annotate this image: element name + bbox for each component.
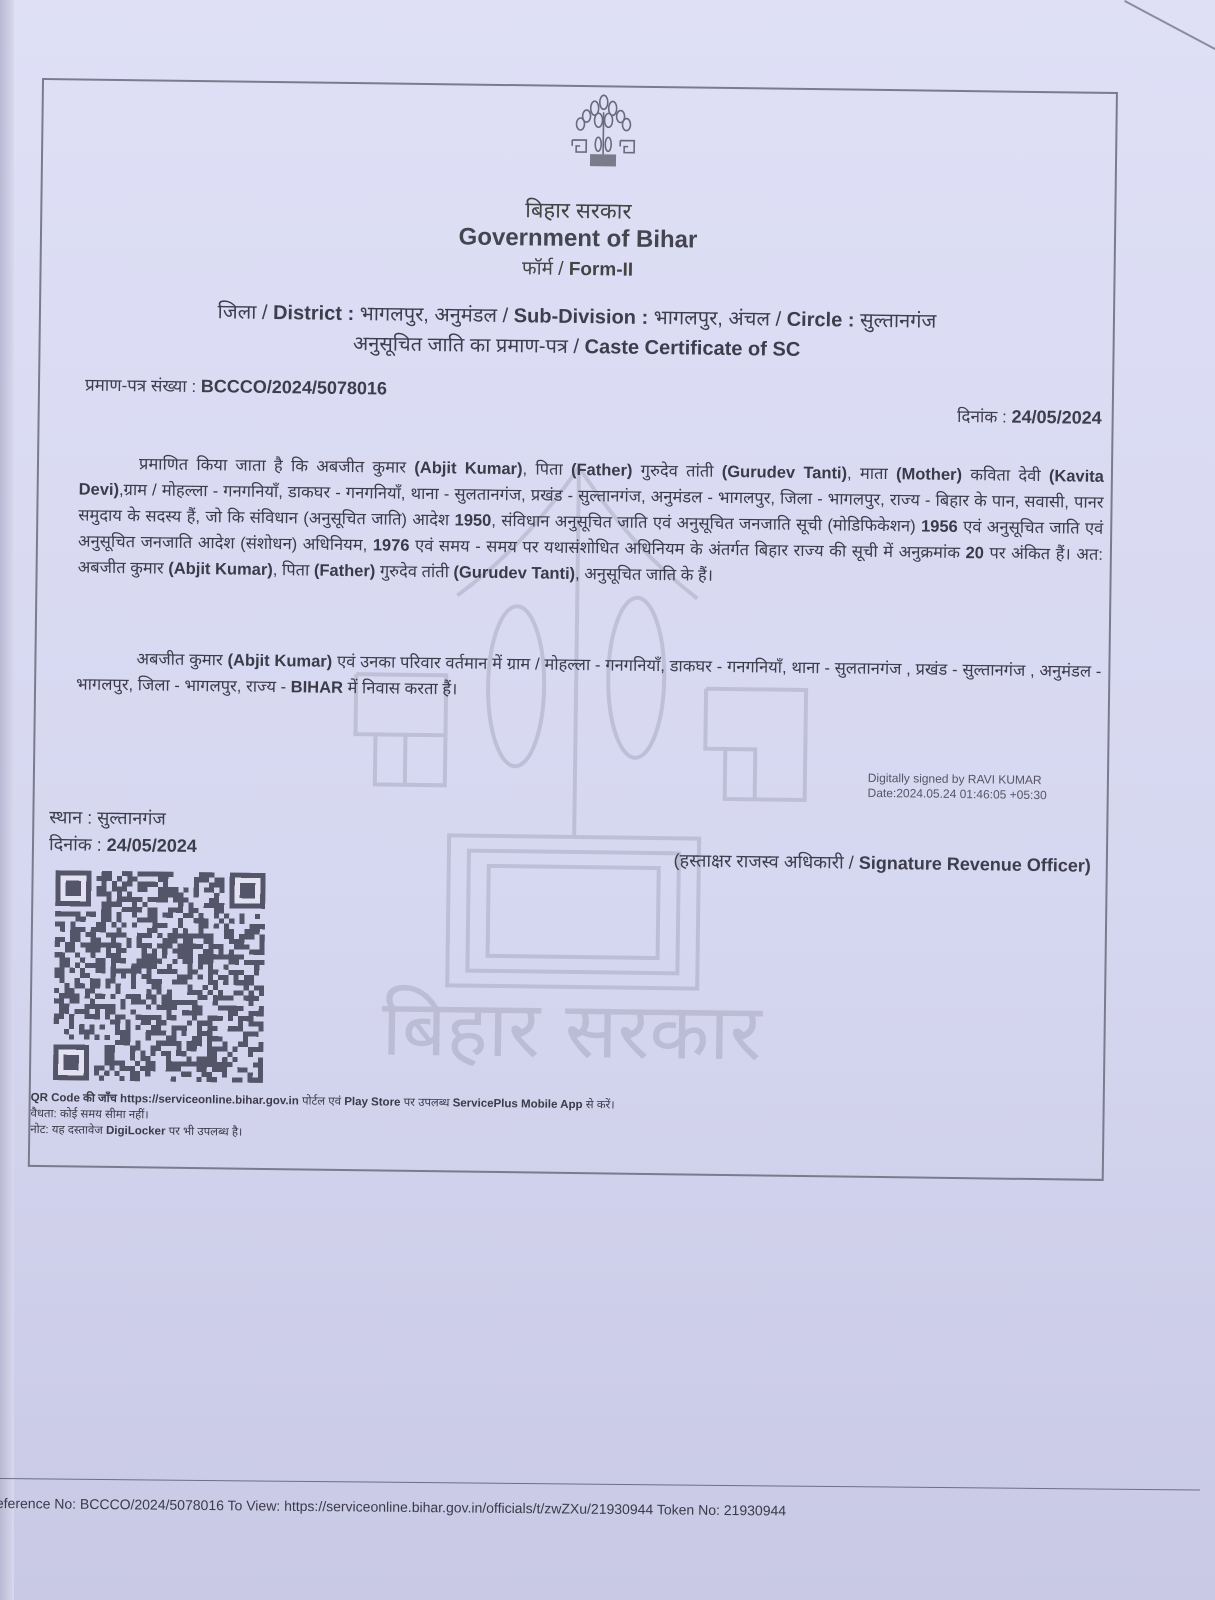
paragraph-text: (Mother) (896, 465, 962, 484)
qr-note-mid2: पर उपलब्ध (400, 1097, 452, 1110)
paragraph-text: (Father) (314, 562, 376, 581)
paragraph-text: में निवास करता हैं। (343, 679, 458, 698)
residence-paragraph: अबजीत कुमार (Abjit Kumar) एवं उनका परिवा… (76, 645, 1102, 710)
footer-reference: eference No: BCCCO/2024/5078016 To View:… (0, 1495, 786, 1519)
paragraph-text: एवं समय - समय पर यथासंशोधित अधिनियम के अ… (409, 537, 965, 562)
district-value: भागलपुर, (360, 303, 429, 326)
place-line: स्थान : सुल्तानगंज (49, 805, 166, 831)
qr-note-suffix: से करें। (582, 1099, 614, 1111)
certificate-date-label: दिनांक : (957, 407, 1007, 427)
qr-note-app: ServicePlus Mobile App (453, 1097, 583, 1111)
paragraph-text: गुरुदेव तांती (375, 562, 453, 581)
signature-label-hi: (हस्ताक्षर राजस्व अधिकारी / (674, 850, 854, 872)
certificate-date: दिनांक : 24/05/2024 (957, 404, 1102, 429)
paragraph-text: , अनुसूचित जाति के हैं। (575, 565, 713, 585)
paragraph-text: BIHAR (291, 678, 343, 697)
certificate-number-value: BCCCO/2024/5078016 (201, 376, 387, 398)
certificate-frame: बिहार सरकार बिहार सरकार Government of Bi… (28, 78, 1118, 1181)
place-date-label: दिनांक : (49, 834, 102, 855)
district-label-hi: जिला / (217, 301, 267, 324)
paragraph-text: 1950 (454, 511, 491, 529)
paragraph-text: 1976 (373, 536, 410, 554)
district-label: District : (273, 302, 354, 325)
circle-label-hi: अंचल / (728, 308, 781, 331)
paragraph-text: (Abjit Kumar) (168, 560, 273, 579)
paragraph-text: (Gurudev Tanti) (722, 463, 848, 483)
form-number: Form-II (569, 259, 634, 281)
qr-note-prefix: QR Code की जाँच (31, 1092, 121, 1105)
footer-divider (0, 1478, 1200, 1491)
subdivision-label-hi: अनुमंडल / (434, 304, 508, 327)
place-date-value: 24/05/2024 (107, 835, 197, 856)
digilocker-note-suffix: पर भी उपलब्ध है। (165, 1126, 242, 1139)
paragraph-text: प्रमाणित किया जाता है कि अबजीत कुमार (139, 455, 415, 477)
digilocker-note: नोट: यह दस्तावेज DigiLocker पर भी उपलब्ध… (30, 1122, 242, 1140)
paragraph-text: , पिता (522, 460, 571, 479)
digital-signature-block: Digitally signed by RAVI KUMAR Date:2024… (867, 771, 1047, 803)
paragraph-text: 1956 (921, 518, 958, 536)
paragraph-text: कविता देवी (962, 466, 1049, 485)
digilocker-name: DigiLocker (106, 1125, 166, 1138)
place-date-line: दिनांक : 24/05/2024 (49, 832, 197, 858)
page-corner-fold (1124, 0, 1215, 53)
paragraph-text: (Gurudev Tanti) (453, 563, 575, 583)
certificate-title-hi: अनुसूचित जाति का प्रमाण-पत्र / (353, 333, 579, 358)
paragraph-text: 20 (965, 544, 984, 562)
paragraph-text: गुरुदेव तांती (632, 462, 722, 481)
qr-code-icon[interactable] (53, 870, 266, 1083)
bihar-emblem-icon (558, 92, 649, 173)
svg-text:बिहार सरकार: बिहार सरकार (381, 983, 764, 1070)
certificate-number-label: प्रमाण-पत्र संख्या : (85, 376, 196, 396)
paragraph-text: (Father) (571, 461, 633, 480)
qr-verification-link[interactable]: https://serviceonline.bihar.gov.in (120, 1093, 299, 1107)
circle-value: सुल्तानगंज (860, 310, 937, 333)
paragraph-text: (Abjit Kumar) (227, 651, 332, 670)
form-label-hindi: फॉर्म / (522, 258, 564, 280)
certificate-date-value: 24/05/2024 (1011, 407, 1101, 428)
signature-label-en: Signature Revenue Officer) (859, 853, 1091, 876)
qr-note-mid: पोर्टल एवं (299, 1095, 345, 1108)
digilocker-note-prefix: नोट: यह दस्तावेज (30, 1124, 106, 1137)
certificate-title-en: Caste Certificate of SC (584, 336, 800, 361)
validity-note: वैधता: कोई समय सीमा नहीं। (30, 1106, 148, 1123)
place-value: सुल्तानगंज (97, 808, 166, 829)
place-label: स्थान : (49, 807, 92, 828)
certificate-number: प्रमाण-पत्र संख्या : BCCCO/2024/5078016 (85, 373, 387, 400)
signature-date: Date:2024.05.24 01:46:05 +05:30 (867, 786, 1046, 803)
subdivision-label: Sub-Division : (514, 305, 649, 329)
circle-label: Circle : (787, 309, 855, 332)
paragraph-text: , संविधान अनुसूचित जाति एवं अनुसूचित जनज… (491, 512, 921, 536)
subdivision-value: भागलपुर, (654, 307, 723, 330)
page-edge-shadow (0, 0, 14, 1600)
qr-note-store: Play Store (344, 1096, 400, 1109)
certification-paragraph: प्रमाणित किया जाता है कि अबजीत कुमार (Ab… (77, 450, 1104, 593)
paragraph-text: (Abjit Kumar) (414, 459, 522, 478)
paragraph-text: , माता (847, 465, 896, 484)
paragraph-text: , पिता (273, 561, 314, 580)
paragraph-text: अबजीत कुमार (136, 650, 227, 669)
